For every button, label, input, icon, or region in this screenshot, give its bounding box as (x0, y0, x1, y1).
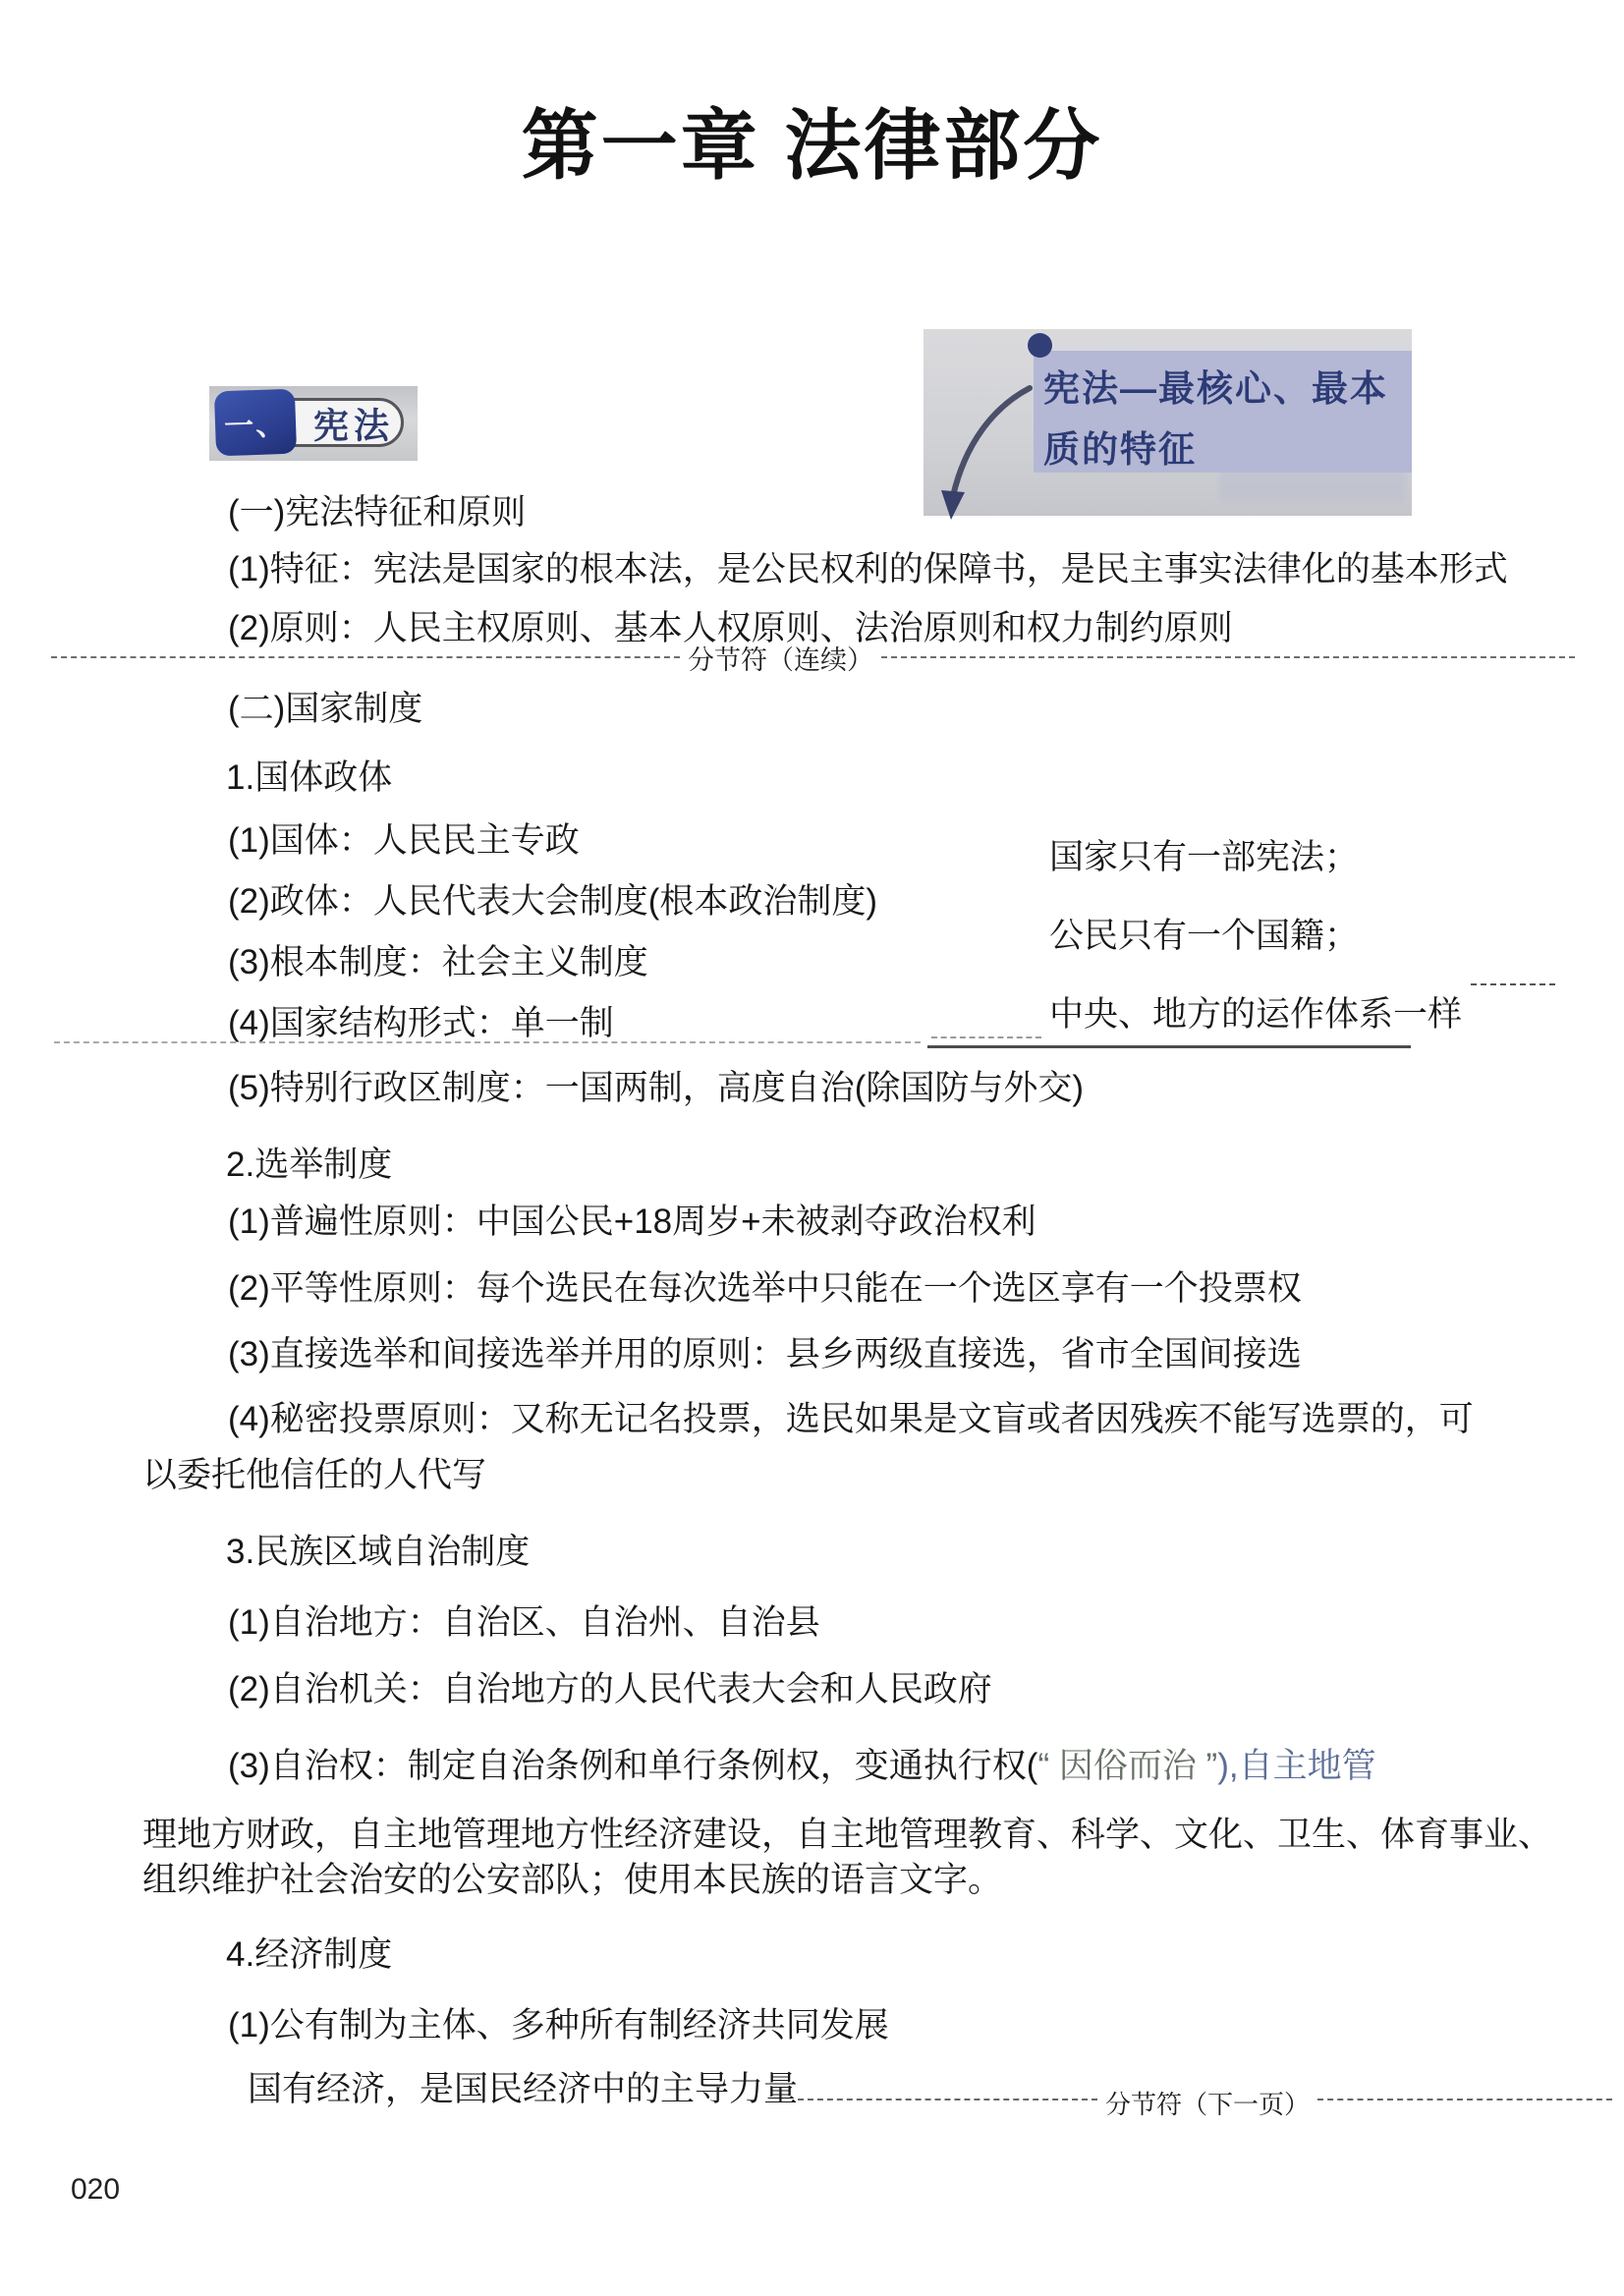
dotted-rule-small (931, 1036, 1041, 1038)
item-autonomous-rights-cont1: 理地方财政，自主地管理地方性经济建设，自主地管理教育、科学、文化、卫生、体育事业… (142, 1814, 1552, 1857)
dotted-rule (1317, 2099, 1612, 2100)
item-fundamental-system: (3)根本制度：社会主义制度 (228, 941, 648, 984)
item-guoti: (1)国体：人民民主专政 (228, 819, 580, 863)
badge-index-label: 一、 (223, 400, 287, 445)
dotted-rule (881, 656, 1575, 658)
heading-state-system: (二)国家制度 (228, 688, 422, 731)
item-universality: (1)普遍性原则：中国公民+18周岁+未被剥夺政治权利 (228, 1201, 1036, 1244)
heading-state-form: 1.国体政体 (226, 756, 392, 800)
note-text-line2: 质的特征 (1043, 420, 1197, 473)
section-break-continuous: 分节符（连续） (51, 641, 1575, 674)
item-state-economy: 国有经济，是国民经济中的主导力量 (248, 2068, 798, 2111)
item-sar-system: (5)特别行政区制度：一国两制，高度自治(除国防与外交) (228, 1067, 1084, 1110)
section-break-label: 分节符（下一页） (1097, 2085, 1317, 2121)
item-secret-ballot: (4)秘密投票原则：又称无记名投票，选民如果是文盲或者因残疾不能写选票的，可 (228, 1398, 1474, 1441)
item-autonomous-rights-cont2: 组织维护社会治安的公安部队；使用本民族的语言文字。 (142, 1859, 1002, 1902)
autonomy-text-blue: ),自主地管 (1217, 1747, 1375, 1785)
item-state-structure: (4)国家结构形式：单一制 (228, 1002, 614, 1045)
section-break-label: 分节符（连续） (680, 639, 881, 677)
dotted-rule (54, 1041, 921, 1043)
heading-ethnic-autonomy: 3.民族区域自治制度 (226, 1531, 530, 1574)
page-number: 020 (71, 2173, 120, 2207)
dotted-rule (51, 656, 680, 658)
solid-rule (927, 1045, 1411, 1048)
heading-economic-system: 4.经济制度 (226, 1933, 392, 1977)
heading-constitution-features: (一)宪法特征和原则 (228, 491, 526, 534)
item-public-ownership: (1)公有制为主体、多种所有制经济共同发展 (228, 2004, 889, 2047)
item-equality: (2)平等性原则：每个选民在每次选举中只能在一个选区享有一个投票权 (228, 1267, 1302, 1311)
autonomy-text-black: (3)自治权：制定自治条例和单行条例权，变通执行权( (228, 1747, 1037, 1785)
margin-note-line: 中央、地方的运作体系一样 (1049, 987, 1462, 1036)
document-page: 第一章 法律部分 一、 宪法 宪法—最核心、最本 质的特征 (一)宪法特征和原则… (0, 0, 1624, 2296)
item-autonomous-organs: (2)自治机关：自治地方的人民代表大会和人民政府 (228, 1668, 992, 1711)
badge-index-tab: 一、 (214, 389, 297, 457)
section-break-next-page: 国有经济，是国民经济中的主导力量 分节符（下一页） (248, 2068, 1612, 2121)
margin-note: 国家只有一部宪法； 公民只有一个国籍； 中央、地方的运作体系一样 (1049, 830, 1462, 1066)
dotted-rule (798, 2099, 1097, 2100)
autonomy-text-quoted: “ 因俗而治 ” (1037, 1747, 1217, 1785)
section-badge-photo: 一、 宪法 (209, 386, 418, 461)
item-direct-indirect: (3)直接选举和间接选举并用的原则：县乡两级直接选，省市全国间接选 (228, 1333, 1302, 1376)
annotation-note-photo: 宪法—最核心、最本 质的特征 (924, 329, 1412, 516)
margin-note-trailing-dashes (1471, 983, 1555, 985)
note-text-line1: 宪法—最核心、最本 (1043, 359, 1388, 412)
item-zhengti: (2)政体：人民代表大会制度(根本政治制度) (228, 880, 877, 924)
item-features: (1)特征：宪法是国家的根本法，是公民权利的保障书，是民主事实法律化的基本形式 (228, 548, 1508, 591)
item-autonomous-rights: (3)自治权：制定自治条例和单行条例权，变通执行权(“ 因俗而治 ”),自主地管 (228, 1745, 1376, 1788)
item-secret-ballot-cont: 以委托他信任的人代写 (142, 1454, 486, 1497)
margin-note-line: 公民只有一个国籍； (1049, 909, 1462, 958)
margin-note-line: 国家只有一部宪法； (1049, 830, 1462, 879)
page-title: 第一章 法律部分 (0, 84, 1624, 195)
item-autonomous-areas: (1)自治地方：自治区、自治州、自治县 (228, 1601, 820, 1645)
badge-label: 宪法 (313, 399, 394, 449)
curved-arrow-icon (924, 347, 1051, 524)
heading-election-system: 2.选举制度 (226, 1144, 392, 1187)
